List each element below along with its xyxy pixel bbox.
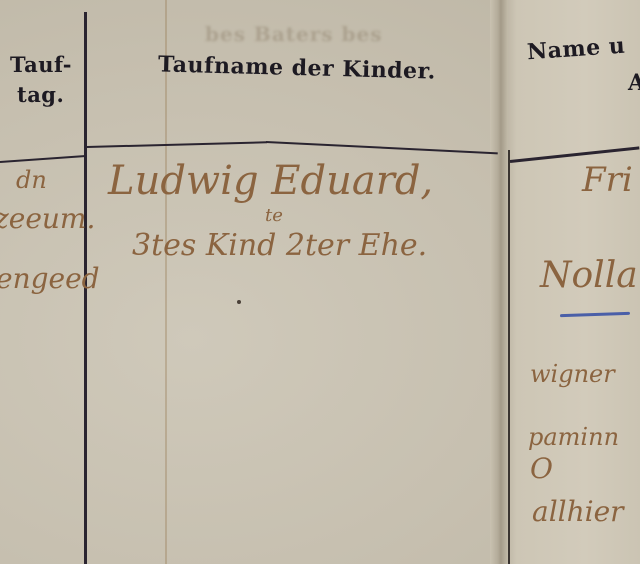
child-name: Ludwig Eduard,: [108, 158, 433, 204]
right-entry-line5: O: [530, 452, 553, 485]
right-entry-line4: paminn: [528, 423, 619, 451]
left-entry-line2: zeeum.: [0, 202, 95, 235]
column-rule-faint: [165, 0, 167, 564]
column-rule-right-page: [508, 150, 510, 564]
header-tauftag-line2: tag.: [17, 82, 64, 107]
right-entry-line3: wigner: [530, 360, 615, 388]
child-name-superscript: te: [265, 205, 283, 226]
book-gutter: [490, 0, 508, 564]
right-entry-line6: allhier: [532, 495, 624, 528]
right-entry-line2: Nollau: [540, 255, 640, 296]
bleed-through-text: bes Baters bes: [205, 22, 383, 46]
child-birth-order: 3tes Kind 2ter Ehe.: [132, 228, 427, 263]
right-entry-line1: Fri: [582, 160, 633, 200]
header-tauftag-line1: Tauf-: [10, 52, 72, 77]
ink-speck: [237, 300, 241, 304]
header-name-line2: A: [628, 70, 640, 96]
left-entry-line3: engeed: [0, 262, 100, 295]
left-entry-line1: dn: [16, 166, 47, 194]
